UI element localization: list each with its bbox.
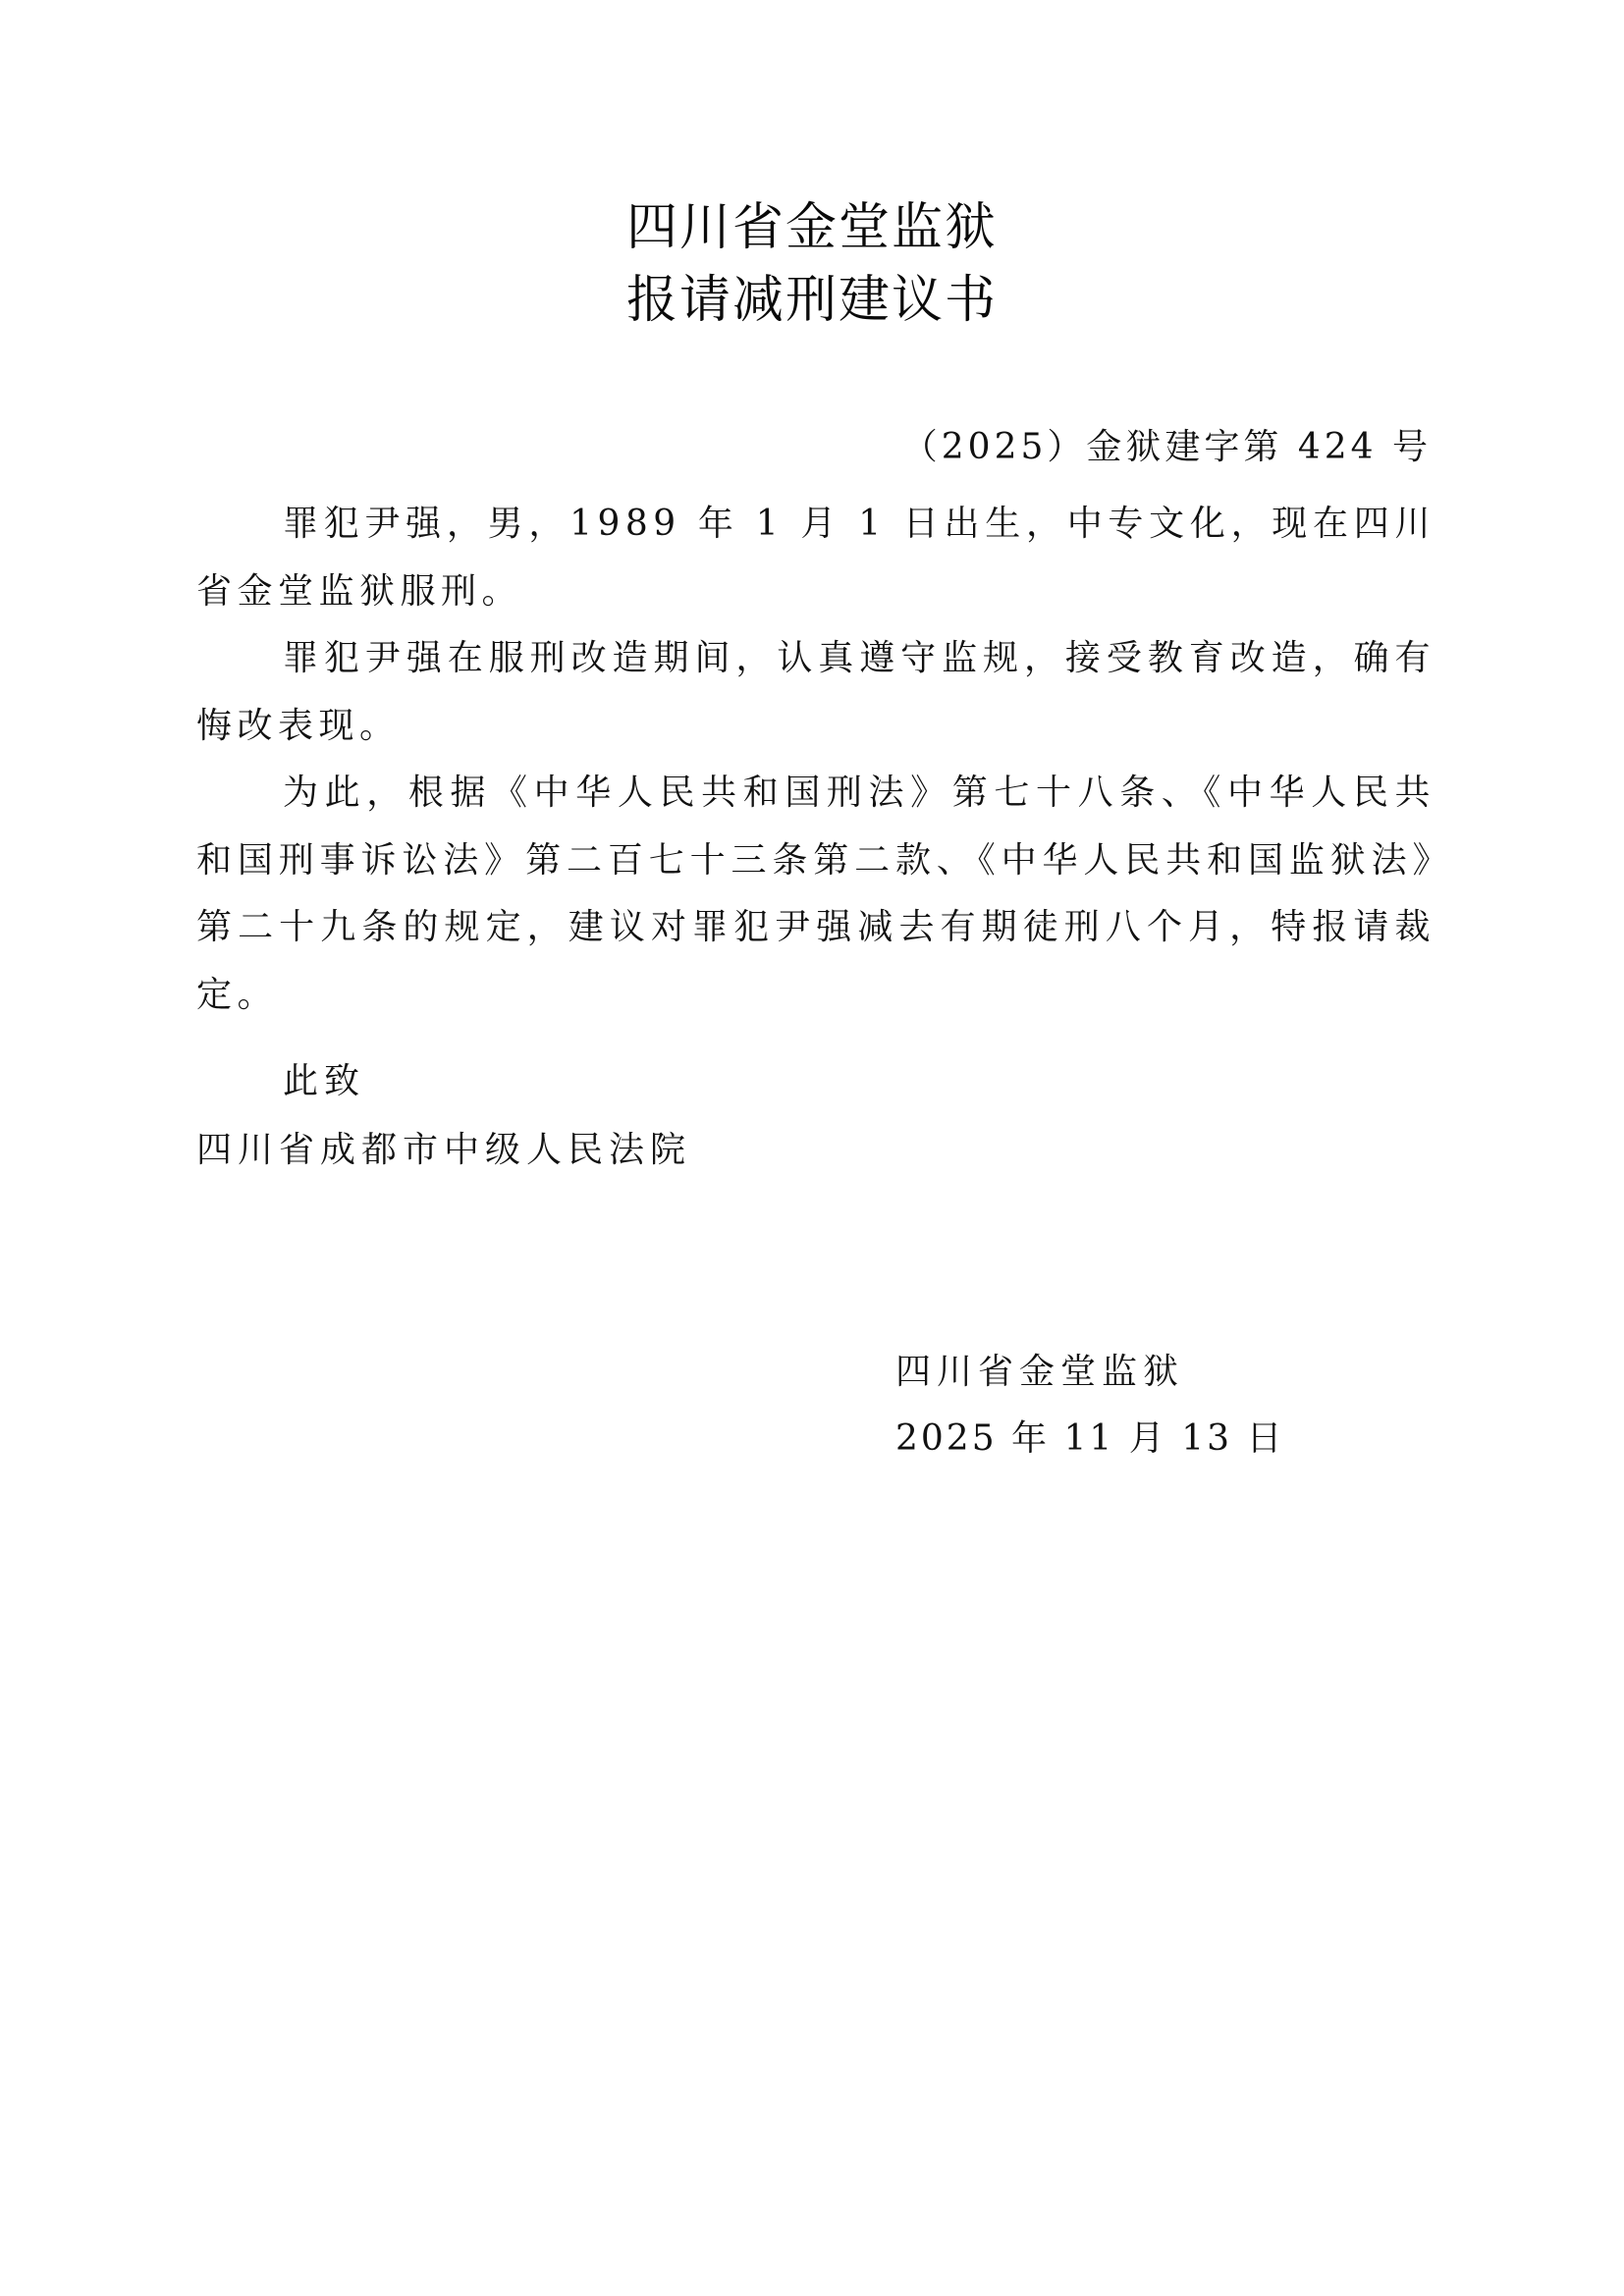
document-body: 罪犯尹强，男，1989 年 1 月 1 日出生，中专文化，现在四川省金堂监狱服刑… xyxy=(196,491,1435,1029)
paragraph-behavior: 罪犯尹强在服刑改造期间，认真遵守监规，接受教育改造，确有悔改表现。 xyxy=(196,625,1435,760)
salutation: 此致 xyxy=(283,1060,365,1103)
document-date: 2025 年 11 月 13 日 xyxy=(895,1417,1284,1461)
document-title-line2: 报请减刑建议书 xyxy=(0,271,1624,330)
document-title-line1: 四川省金堂监狱 xyxy=(0,198,1624,257)
paragraph-personal-info: 罪犯尹强，男，1989 年 1 月 1 日出生，中专文化，现在四川省金堂监狱服刑… xyxy=(196,491,1435,625)
recipient-court: 四川省成都市中级人民法院 xyxy=(196,1129,691,1172)
paragraph-legal-basis: 为此，根据《中华人民共和国刑法》第七十八条、《中华人民共和国刑事诉讼法》第二百七… xyxy=(196,760,1435,1029)
document-page: 四川省金堂监狱 报请减刑建议书 （2025）金狱建字第 424 号 罪犯尹强，男… xyxy=(0,0,1624,2296)
document-number: （2025）金狱建字第 424 号 xyxy=(902,426,1432,469)
signer-organization: 四川省金堂监狱 xyxy=(895,1351,1184,1394)
